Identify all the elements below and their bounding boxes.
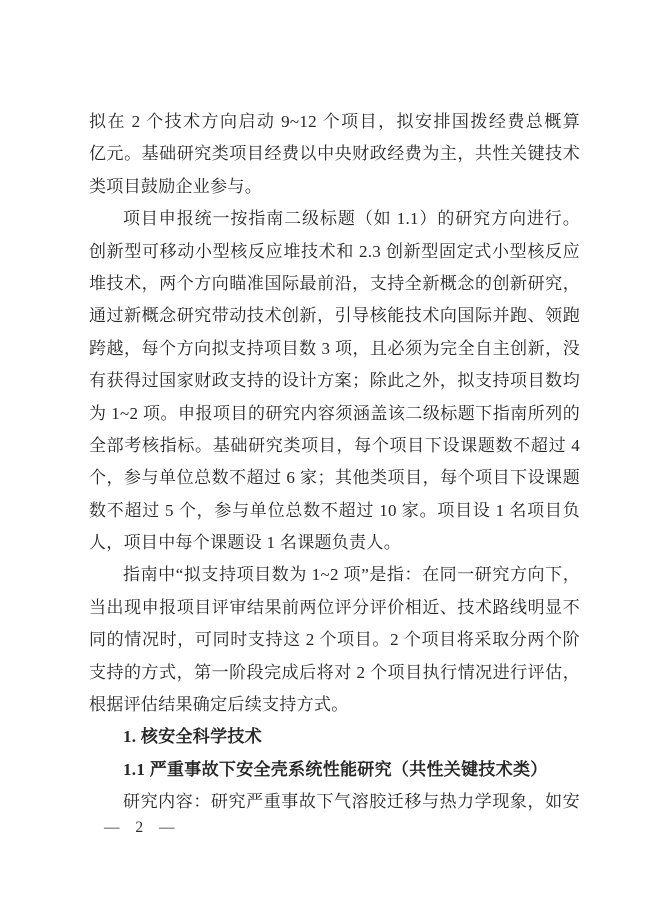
text-line: 项目申报统一按指南二级标题（如 1.1）的研究方向进行。2.2 xyxy=(89,203,580,235)
text-line: 堆技术，两个方向瞄准国际最前沿，支持全新概念的创新研究， xyxy=(89,268,580,300)
document-content: 拟在 2 个技术方向启动 9~12 个项目，拟安排国拨经费总概算 1.455亿元… xyxy=(89,106,580,819)
text-line: 拟在 2 个技术方向启动 9~12 个项目，拟安排国拨经费总概算 1.455 xyxy=(89,106,580,138)
text-line: 人，项目中每个课题设 1 名课题负责人。 xyxy=(89,527,580,559)
text-line: 全部考核指标。基础研究类项目，每个项目下设课题数不超过 4 xyxy=(89,430,580,462)
para-application-rules: 项目申报统一按指南二级标题（如 1.1）的研究方向进行。2.2创新型可移动小型核… xyxy=(89,203,580,559)
heading-topic-1-1: 1.1 严重事故下安全壳系统性能研究（共性关键技术类） xyxy=(89,754,580,786)
page-number: — 2 — xyxy=(104,818,175,838)
para-funding-continuation: 拟在 2 个技术方向启动 9~12 个项目，拟安排国拨经费总概算 1.455亿元… xyxy=(89,106,580,203)
text-line: 指南中“拟支持项目数为 1~2 项”是指：在同一研究方向下， xyxy=(89,559,580,591)
text-line: 有获得过国家财政支持的设计方案；除此之外，拟支持项目数均 xyxy=(89,365,580,397)
text-line: 同的情况时，可同时支持这 2 个项目。2 个项目将采取分两个阶段 xyxy=(89,624,580,656)
text-line: 类项目鼓励企业参与。 xyxy=(89,171,580,203)
para-research-content: 研究内容：研究严重事故下气溶胶迁移与热力学现象，如安 xyxy=(89,786,580,818)
text-line: 通过新概念研究带动技术创新，引导核能技术向国际并跑、领跑 xyxy=(89,300,580,332)
text-line: 当出现申报项目评审结果前两位评分评价相近、技术路线明显不 xyxy=(89,592,580,624)
text-line: 研究内容：研究严重事故下气溶胶迁移与热力学现象，如安 xyxy=(89,786,580,818)
text-line: 亿元。基础研究类项目经费以中央财政经费为主，共性关键技术 xyxy=(89,138,580,170)
text-line: 根据评估结果确定后续支持方式。 xyxy=(89,689,580,721)
document-page: 拟在 2 个技术方向启动 9~12 个项目，拟安排国拨经费总概算 1.455亿元… xyxy=(0,0,650,919)
text-line: 创新型可移动小型核反应堆技术和 2.3 创新型固定式小型核反应 xyxy=(89,236,580,268)
text-line: 跨越，每个方向拟支持项目数 3 项，且必须为完全自主创新，没 xyxy=(89,333,580,365)
heading-section-1: 1. 核安全科学技术 xyxy=(89,721,580,753)
text-line: 1.1 严重事故下安全壳系统性能研究（共性关键技术类） xyxy=(89,754,580,786)
text-line: 1. 核安全科学技术 xyxy=(89,721,580,753)
text-line: 为 1~2 项。申报项目的研究内容须涵盖该二级标题下指南所列的 xyxy=(89,398,580,430)
text-line: 个，参与单位总数不超过 6 家；其他类项目，每个项目下设课题 xyxy=(89,462,580,494)
para-support-count-note: 指南中“拟支持项目数为 1~2 项”是指：在同一研究方向下，当出现申报项目评审结… xyxy=(89,559,580,721)
text-line: 数不超过 5 个，参与单位总数不超过 10 家。项目设 1 名项目负责 xyxy=(89,495,580,527)
text-line: 支持的方式，第一阶段完成后将对 2 个项目执行情况进行评估， xyxy=(89,657,580,689)
